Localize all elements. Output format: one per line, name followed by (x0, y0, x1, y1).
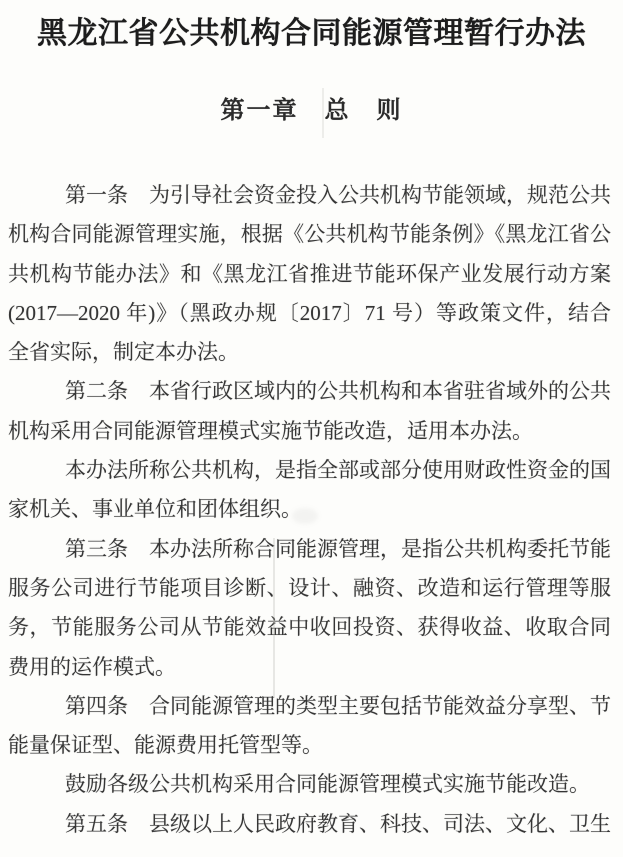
document-body: 第一条 为引导社会资金投入公共机构节能领域，规范公共 机构合同能源管理实施，根据… (0, 176, 623, 844)
text-line: (2017—2020 年)》（黑政办规〔2017〕71 号）等政策文件，结合 (8, 294, 611, 333)
text-line: 家机关、事业单位和团体组织。 (8, 490, 611, 529)
text-line: 本办法所称公共机构，是指全部或部分使用财政性资金的国 (8, 451, 611, 490)
text-line: 能量保证型、能源费用托管型等。 (8, 726, 611, 765)
text-line: 费用的运作模式。 (8, 648, 611, 687)
text-line: 第五条 县级以上人民政府教育、科技、司法、文化、卫生 (8, 805, 611, 844)
text-line: 机构合同能源管理实施，根据《公共机构节能条例》《黑龙江省公 (8, 215, 611, 254)
document-page: 黑龙江省公共机构合同能源管理暂行办法 第一章 总 则 第一条 为引导社会资金投入… (0, 0, 623, 857)
text-line: 机构采用合同能源管理模式实施节能改造，适用本办法。 (8, 412, 611, 451)
text-line: 第一条 为引导社会资金投入公共机构节能领域，规范公共 (8, 176, 611, 215)
chapter-heading: 第一章 总 则 (0, 96, 623, 126)
text-line: 共机构节能办法》和《黑龙江省推进节能环保产业发展行动方案 (8, 255, 611, 294)
text-line: 第三条 本办法所称合同能源管理，是指公共机构委托节能 (8, 530, 611, 569)
text-line: 鼓励各级公共机构采用合同能源管理模式实施节能改造。 (8, 765, 611, 804)
text-line: 务，节能服务公司从节能效益中收回投资、获得收益、收取合同 (8, 608, 611, 647)
document-title: 黑龙江省公共机构合同能源管理暂行办法 (0, 0, 623, 52)
text-line: 第二条 本省行政区域内的公共机构和本省驻省域外的公共 (8, 372, 611, 411)
text-line: 第四条 合同能源管理的类型主要包括节能效益分享型、节 (8, 687, 611, 726)
text-line: 服务公司进行节能项目诊断、设计、融资、改造和运行管理等服 (8, 569, 611, 608)
text-line: 全省实际，制定本办法。 (8, 333, 611, 372)
